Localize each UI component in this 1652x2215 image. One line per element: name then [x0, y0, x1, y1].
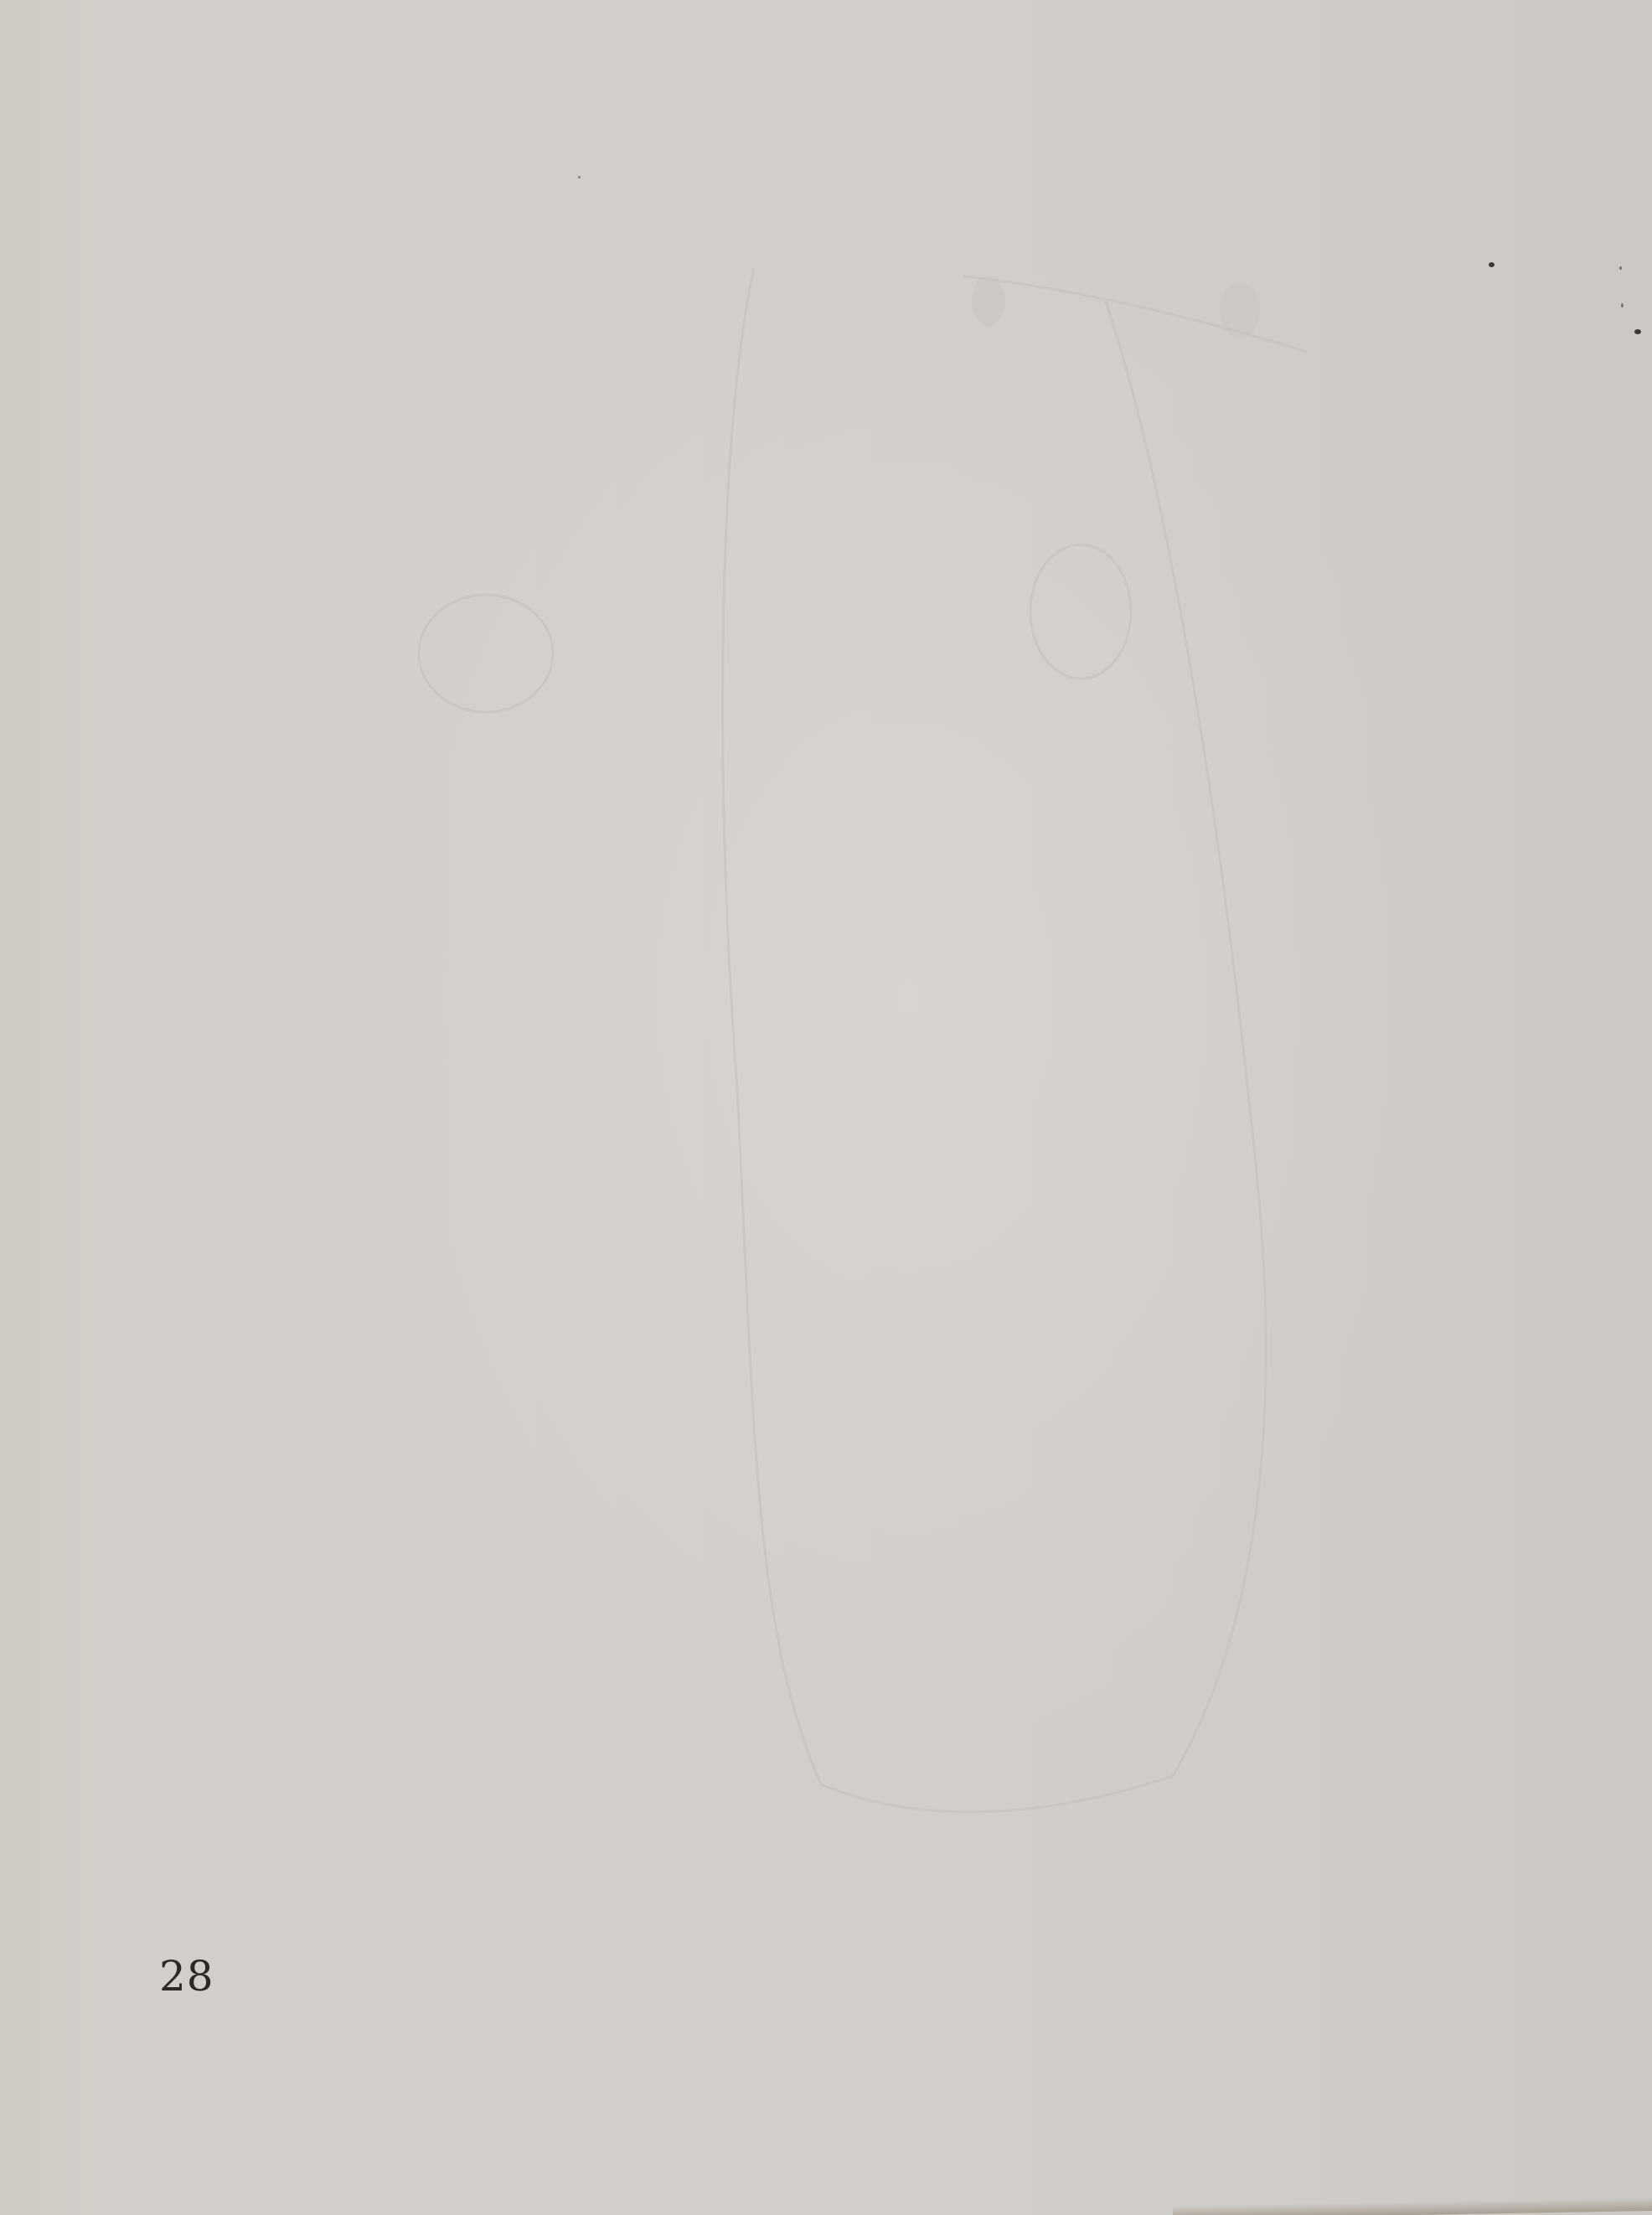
paper-speck [1621, 303, 1624, 307]
page-number: 28 [159, 1952, 214, 2001]
paper-speck [578, 176, 581, 178]
page-edge [1173, 2197, 1652, 2215]
paper-speck [1619, 266, 1622, 270]
show-through-figure [0, 0, 1652, 2215]
paper-speck [1489, 262, 1495, 267]
book-page: 28 [0, 0, 1652, 2215]
paper-speck [1634, 329, 1641, 334]
